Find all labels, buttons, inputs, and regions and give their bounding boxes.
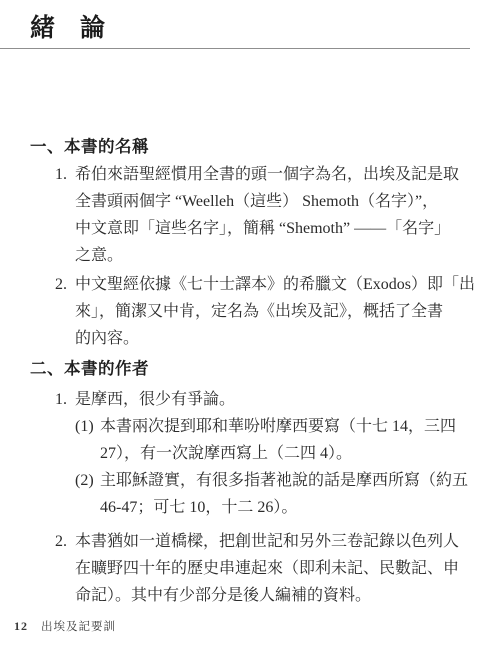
item-text: 是摩西，很少有爭論。 [75,386,479,413]
item-text: 中文聖經依據《七十士譯本》的希臘文（Exodos）即「出 來」，簡潔又中肯，定名… [75,271,479,352]
subitem-marker: (1) [75,413,100,467]
item-marker: 1. [55,386,75,521]
book-title-footer: 出埃及記要訓 [41,620,116,635]
subitem-marker: (2) [75,467,100,521]
item-column: 是摩西，很少有爭論。 (1) 本書兩次提到耶和華吩咐摩西要寫（十七 14，三四 … [75,386,500,521]
item-text: 希伯來語聖經慣用全書的頭一個字為名，出埃及記是取 全書頭兩個字 “Weelleh… [75,161,479,269]
sub-list-item: (2) 主耶穌證實，有很多指著祂說的話是摩西所寫（約五 46-47；可七 10，… [75,467,500,521]
item-marker: 2. [55,271,75,352]
page-title: 緒 論 [0,0,500,44]
section-heading-author: 二、本書的作者 [30,358,500,379]
book-page: 緒 論 一、本書的名稱 1. 希伯來語聖經慣用全書的頭一個字為名，出埃及記是取 … [0,0,500,650]
item-marker: 1. [55,161,75,269]
section-heading-name: 一、本書的名稱 [30,136,500,157]
page-number: 12 [14,619,28,634]
item-text: 本書猶如一道橋樑，把創世記和另外三卷記錄以色列人 在曠野四十年的歷史串連起來（即… [75,528,479,609]
item-marker: 2. [55,528,75,609]
sub-list-item: (1) 本書兩次提到耶和華吩咐摩西要寫（十七 14，三四 27），有一次說摩西寫… [75,413,500,467]
list-item: 1. 是摩西，很少有爭論。 (1) 本書兩次提到耶和華吩咐摩西要寫（十七 14，… [55,386,500,521]
title-rule [0,48,470,49]
list-item: 2. 本書猶如一道橋樑，把創世記和另外三卷記錄以色列人 在曠野四十年的歷史串連起… [55,528,500,609]
subitem-text: 本書兩次提到耶和華吩咐摩西要寫（十七 14，三四 27），有一次說摩西寫上（二四… [100,413,479,467]
list-item: 1. 希伯來語聖經慣用全書的頭一個字為名，出埃及記是取 全書頭兩個字 “Weel… [55,161,500,269]
list-item: 2. 中文聖經依據《七十士譯本》的希臘文（Exodos）即「出 來」，簡潔又中肯… [55,271,500,352]
page-footer: 12 出埃及記要訓 [14,619,116,635]
subitem-text: 主耶穌證實，有很多指著祂說的話是摩西所寫（約五 46-47；可七 10，十二 2… [100,467,479,521]
page-content: 一、本書的名稱 1. 希伯來語聖經慣用全書的頭一個字為名，出埃及記是取 全書頭兩… [30,136,500,609]
